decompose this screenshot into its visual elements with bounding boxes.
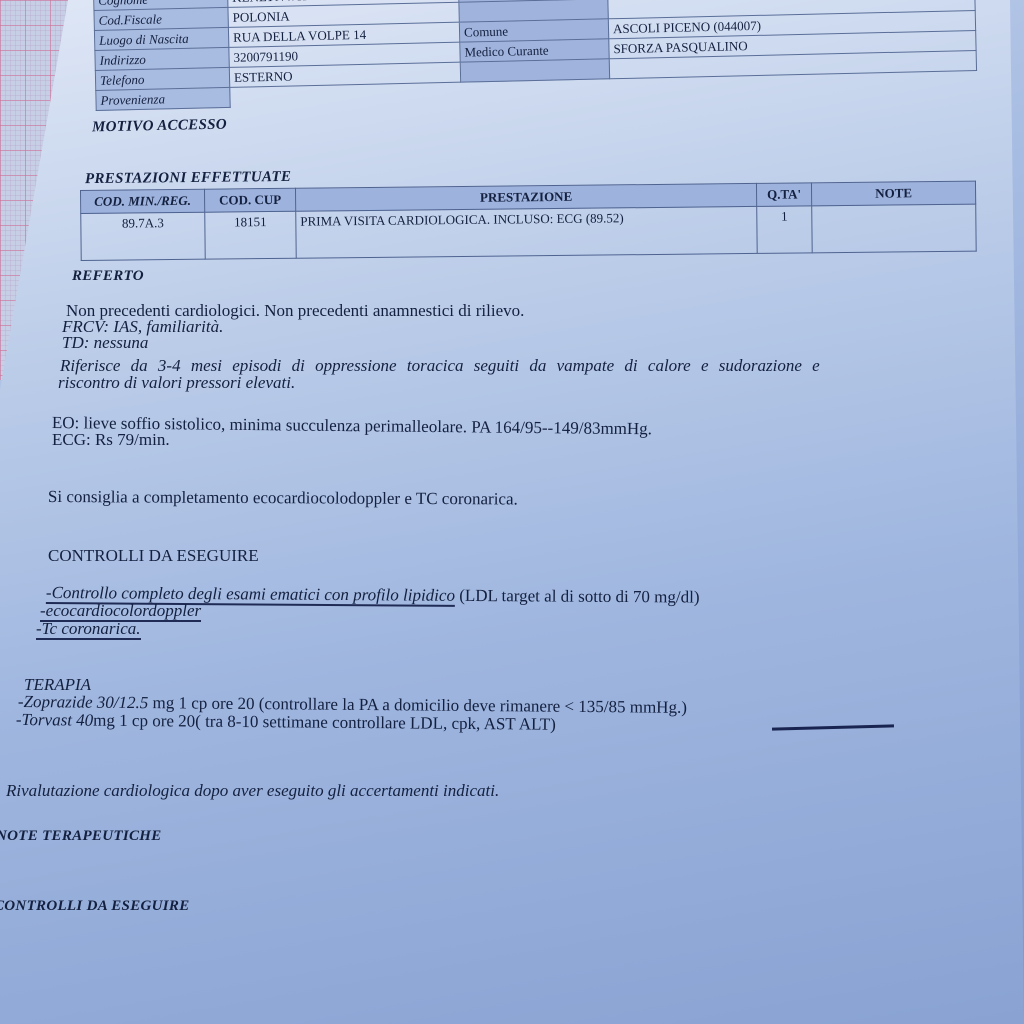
controlli-item: -Tc coronarica. <box>36 620 141 637</box>
medical-report-page: Cognome KLNLYN47H462127 Cod.Fiscale POLO… <box>0 0 1024 1024</box>
patient-info-table: Cognome KLNLYN47H462127 Cod.Fiscale POLO… <box>93 0 978 111</box>
referto-line: riscontro di valori pressori elevati. <box>58 374 295 391</box>
prestazioni-table: COD. MIN./REG. COD. CUP PRESTAZIONE Q.TA… <box>80 181 977 261</box>
controlli-heading: CONTROLLI DA ESEGUIRE <box>48 546 259 566</box>
controlli-item: -ecocardiocolordoppler <box>40 602 201 619</box>
table-cell: 1 <box>757 206 812 254</box>
field-label: Provenienza <box>96 87 230 110</box>
controlli-item-text: -Tc coronarica. <box>36 619 141 640</box>
referto-line: TD: nessuna <box>62 334 148 351</box>
note-terapeutiche-heading: NOTE TERAPEUTICHE <box>0 828 162 845</box>
controlli-footer-heading: CONTROLLI DA ESEGUIRE <box>0 898 190 915</box>
field-value <box>230 82 461 107</box>
table-cell: 89.7A.3 <box>81 212 205 260</box>
motivo-accesso-heading: MOTIVO ACCESSO <box>92 117 227 137</box>
column-header: COD. MIN./REG. <box>81 189 205 213</box>
column-header: NOTE <box>811 181 975 206</box>
table-cell: 18151 <box>205 211 296 259</box>
table-row: 89.7A.3 18151 PRIMA VISITA CARDIOLOGICA.… <box>81 204 976 260</box>
handwritten-underline <box>772 724 894 730</box>
table-cell <box>812 204 976 253</box>
terapia-item: -Torvast 40mg 1 cp ore 20( tra 8-10 sett… <box>16 711 556 733</box>
column-header: COD. CUP <box>204 188 295 212</box>
column-header: Q.TA' <box>756 183 811 207</box>
referto-line: Riferisce da 3-4 mesi episodi di oppress… <box>60 357 820 374</box>
referto-line: ECG: Rs 79/min. <box>52 431 170 448</box>
terapia-drug: -Zoprazide 30/12.5 <box>18 692 149 712</box>
terapia-drug: -Torvast 40 <box>16 710 93 730</box>
table-cell: PRIMA VISITA CARDIOLOGICA. INCLUSO: ECG … <box>296 206 757 258</box>
rivalutazione-text: Rivalutazione cardiologica dopo aver ese… <box>6 782 499 799</box>
referto-line: Si consiglia a completamento ecocardioco… <box>48 488 518 507</box>
controlli-item-note: (LDL target al di sotto di 70 mg/dl) <box>455 586 700 607</box>
prestazioni-heading: PRESTAZIONI EFFETTUATE <box>85 169 291 188</box>
terapia-heading: TERAPIA <box>24 676 91 693</box>
terapia-instructions: mg 1 cp ore 20( tra 8-10 settimane contr… <box>93 711 556 734</box>
referto-heading: REFERTO <box>72 268 144 285</box>
